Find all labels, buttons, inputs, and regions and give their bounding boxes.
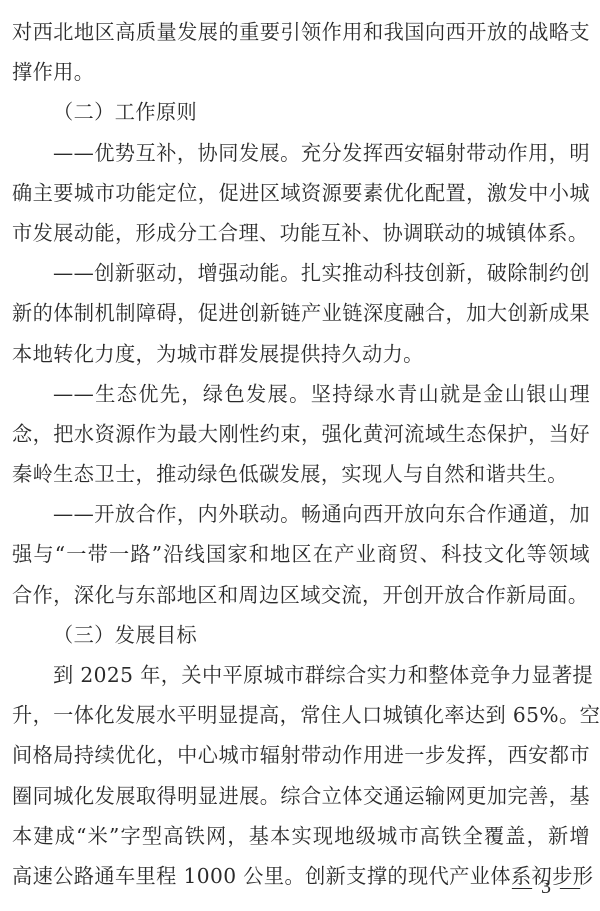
body-line-12: 秦岭生态卫士，推动绿色低碳发展，实现人与自然和谐共生。 — [12, 454, 590, 494]
principle-complementary-advantages: ——优势互补，协同发展。充分发挥西安辐射带动作用，明 — [12, 133, 590, 173]
principle-lead: ——创新驱动，增强动能。 — [53, 261, 301, 285]
section-heading-work-principles: （二）工作原则 — [12, 92, 590, 132]
body-line-15: 合作，深化与东部地区和周边区域交流，开创开放合作新局面。 — [12, 575, 590, 615]
body-line-1: 对西北地区高质量发展的重要引领作用和我国向西开放的战略支 — [12, 12, 590, 52]
principle-innovation-driven: ——创新驱动，增强动能。扎实推动科技创新，破除制约创 — [12, 253, 590, 293]
page-number: — 3 — — [512, 876, 582, 899]
principle-lead: ——开放合作，内外联动。 — [53, 502, 301, 526]
document-page: 对西北地区高质量发展的重要引领作用和我国向西开放的战略支 撑作用。 （二）工作原… — [12, 12, 590, 896]
principle-text: 坚持绿水青山就是金山银山理 — [311, 382, 590, 406]
body-line-18: 升，一体化发展水平明显提高，常住人口城镇化率达到 65%。空 — [12, 695, 590, 735]
principle-text: 充分发挥西安辐射带动作用，明 — [301, 141, 590, 165]
body-line-9: 本地转化力度，为城市群发展提供持久动力。 — [12, 334, 590, 374]
body-line-21: 本建成“米”字型高铁网，基本实现地级城市高铁全覆盖，新增 — [12, 816, 590, 856]
body-line-17: 到 2025 年，关中平原城市群综合实力和整体竞争力显著提 — [12, 655, 590, 695]
body-line-8: 新的体制机制障碍，促进创新链产业链深度融合，加大创新成果 — [12, 293, 590, 333]
principle-text: 扎实推动科技创新，破除制约创 — [301, 261, 590, 285]
body-line-20: 圈同城化发展取得明显进展。综合立体交通运输网更加完善，基 — [12, 776, 590, 816]
body-line-22: 高速公路通车里程 1000 公里。创新支撑的现代产业体系初步形 — [12, 856, 590, 896]
principle-text: 畅通向西开放向东合作通道，加 — [301, 502, 590, 526]
body-line-6: 市发展动能，形成分工合理、功能互补、协调联动的城镇体系。 — [12, 213, 590, 253]
principle-ecology-first: ——生态优先，绿色发展。坚持绿水青山就是金山银山理 — [12, 374, 590, 414]
body-line-14: 强与“一带一路”沿线国家和地区在产业商贸、科技文化等领域 — [12, 534, 590, 574]
principle-lead: ——优势互补，协同发展。 — [53, 141, 301, 165]
body-line-5: 确主要城市功能定位，促进区域资源要素优化配置，激发中小城 — [12, 173, 590, 213]
principle-lead: ——生态优先，绿色发展。 — [53, 382, 311, 406]
body-line-19: 间格局持续优化，中心城市辐射带动作用进一步发挥，西安都市 — [12, 735, 590, 775]
body-line-11: 念，把水资源作为最大刚性约束，强化黄河流域生态保护，当好 — [12, 414, 590, 454]
section-heading-development-goals: （三）发展目标 — [12, 615, 590, 655]
body-line-2: 撑作用。 — [12, 52, 590, 92]
principle-open-cooperation: ——开放合作，内外联动。畅通向西开放向东合作通道，加 — [12, 494, 590, 534]
